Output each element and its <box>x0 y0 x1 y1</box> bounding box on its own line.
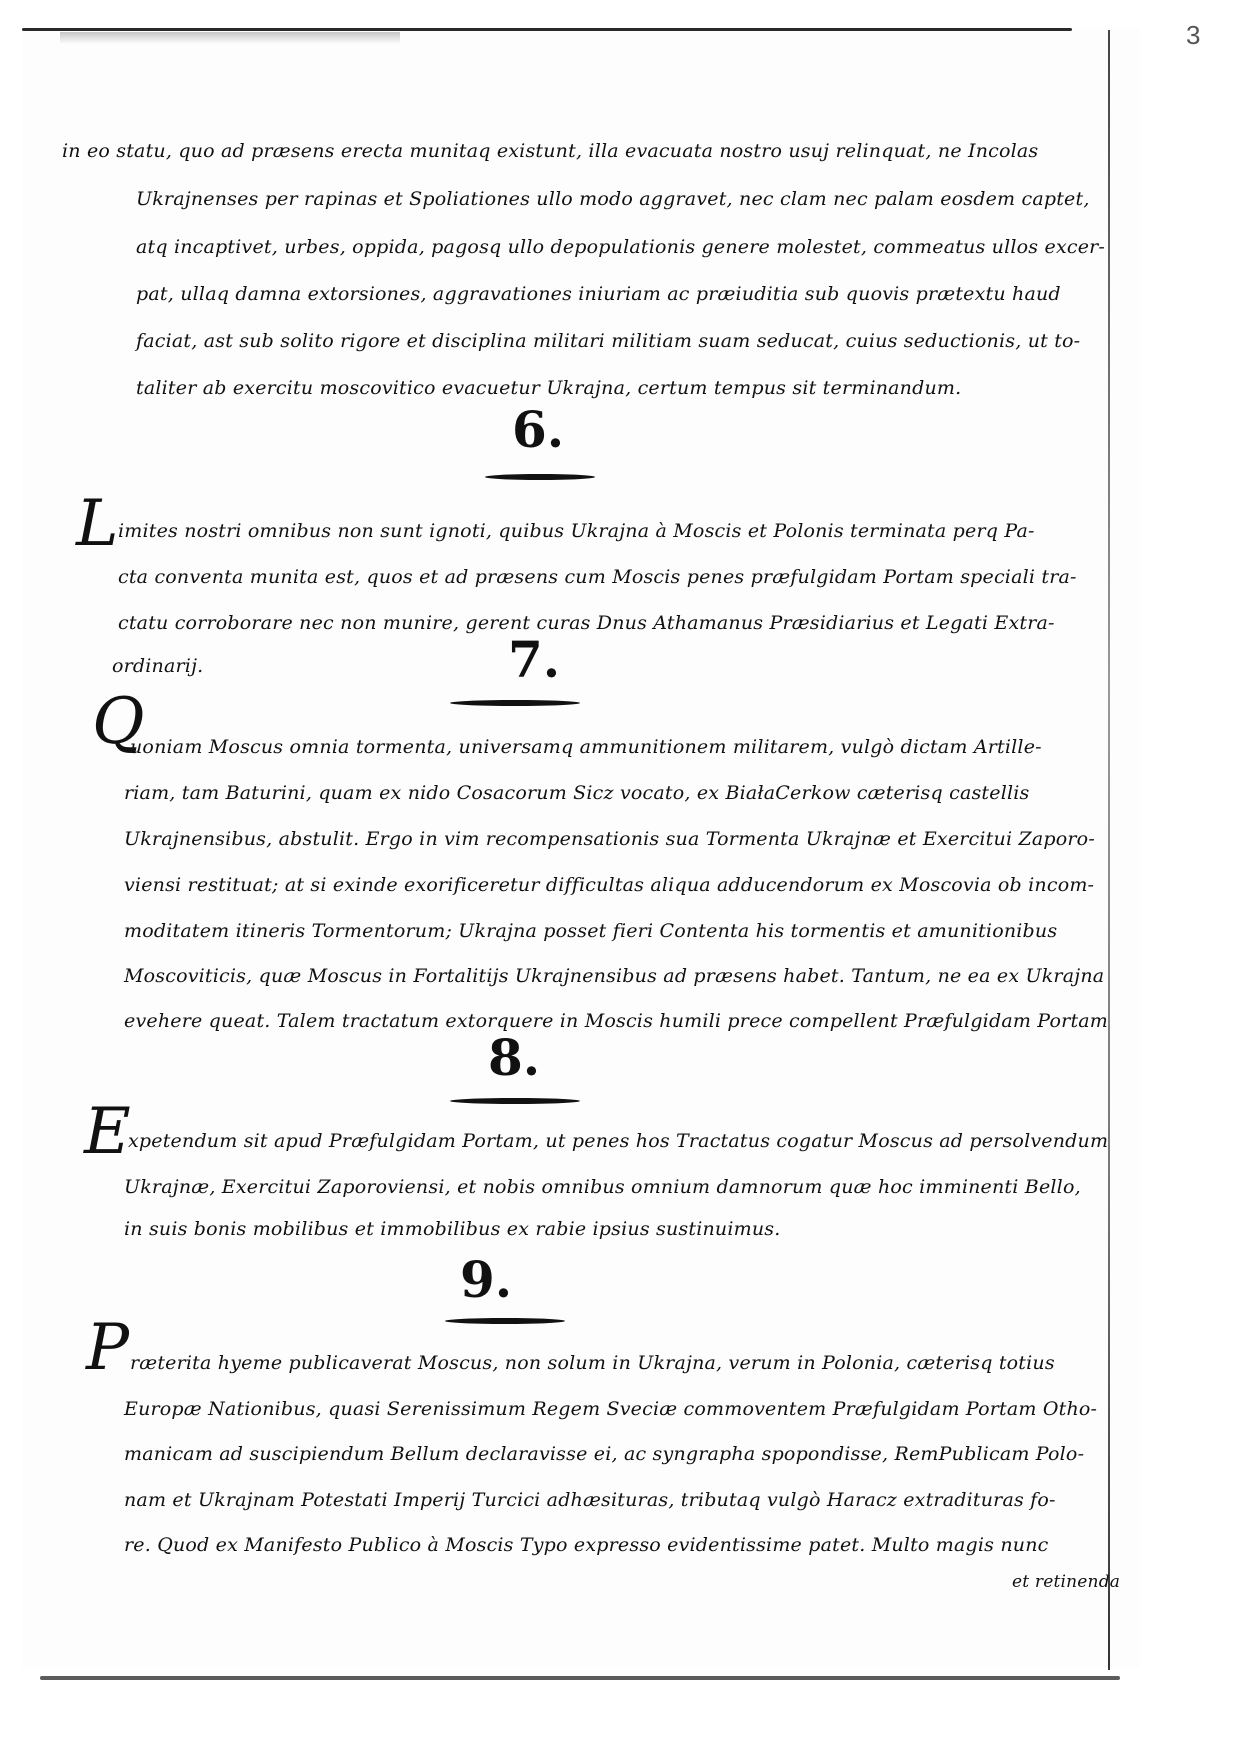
text-line: viensi restituat; at si exinde exorifice… <box>124 874 1094 896</box>
drop-cap: L <box>76 492 119 556</box>
drop-cap: P <box>86 1316 129 1380</box>
text-line: Europæ Nationibus, quasi Serenissimum Re… <box>124 1398 1097 1420</box>
text-line: re. Quod ex Manifesto Publico à Moscis T… <box>124 1534 1049 1556</box>
text-line: faciat, ast sub solito rigore et discipl… <box>136 330 1080 352</box>
page-top-edge <box>22 28 1072 31</box>
flourish <box>445 1318 565 1324</box>
text-line: evehere queat. Talem tractatum extorquer… <box>124 1010 1108 1032</box>
page-top-shadow <box>60 32 400 44</box>
section-number-6: 6. <box>512 400 564 459</box>
text-line: ctatu corroborare nec non munire, gerent… <box>118 612 1055 634</box>
text-line: moditatem itineris Tormentorum; Ukrajna … <box>124 920 1057 942</box>
text-line: riam, tam Baturini, quam ex nido Cosacor… <box>124 782 1029 804</box>
text-line: in suis bonis mobilibus et immobilibus e… <box>124 1218 780 1240</box>
text-line: ordinarij. <box>112 655 203 677</box>
text-line: manicam ad suscipiendum Bellum declaravi… <box>124 1443 1084 1465</box>
text-line: Ukrajnenses per rapinas et Spoliationes … <box>136 188 1090 210</box>
text-line: cta conventa munita est, quos et ad præs… <box>118 566 1077 588</box>
text-line: nam et Ukrajnam Potestati Imperij Turcic… <box>124 1489 1056 1511</box>
page-right-edge <box>1108 30 1110 1670</box>
page-bottom-edge <box>40 1676 1120 1680</box>
drop-cap: E <box>84 1100 131 1164</box>
section-number-9: 9. <box>460 1250 512 1309</box>
flourish <box>450 1098 580 1104</box>
text-line: ræterita hyeme publicaverat Moscus, non … <box>130 1352 1055 1374</box>
text-line: Moscoviticis, quæ Moscus in Fortalitijs … <box>124 965 1104 987</box>
page-number: 3 <box>1186 20 1200 51</box>
text-line: xpetendum sit apud Præfulgidam Portam, u… <box>128 1130 1108 1152</box>
text-line: pat, ullaq damna extorsiones, aggravatio… <box>136 283 1061 305</box>
text-line: Ukrajnensibus, abstulit. Ergo in vim rec… <box>124 828 1095 850</box>
text-line: in eo statu, quo ad præsens erecta munit… <box>62 140 1038 162</box>
section-number-7: 7. <box>508 630 560 689</box>
text-line: atq incaptivet, urbes, oppida, pagosq ul… <box>136 236 1105 258</box>
catchword: et retinenda <box>1012 1572 1120 1592</box>
section-number-8: 8. <box>488 1028 540 1087</box>
text-line: taliter ab exercitu moscovitico evacuetu… <box>136 377 961 399</box>
text-line: Ukrajnæ, Exercitui Zaporoviensi, et nobi… <box>124 1176 1081 1198</box>
flourish <box>450 700 580 706</box>
text-line: imites nostri omnibus non sunt ignoti, q… <box>118 520 1035 542</box>
text-line: uoniam Moscus omnia tormenta, universamq… <box>130 736 1042 758</box>
flourish <box>485 474 595 480</box>
